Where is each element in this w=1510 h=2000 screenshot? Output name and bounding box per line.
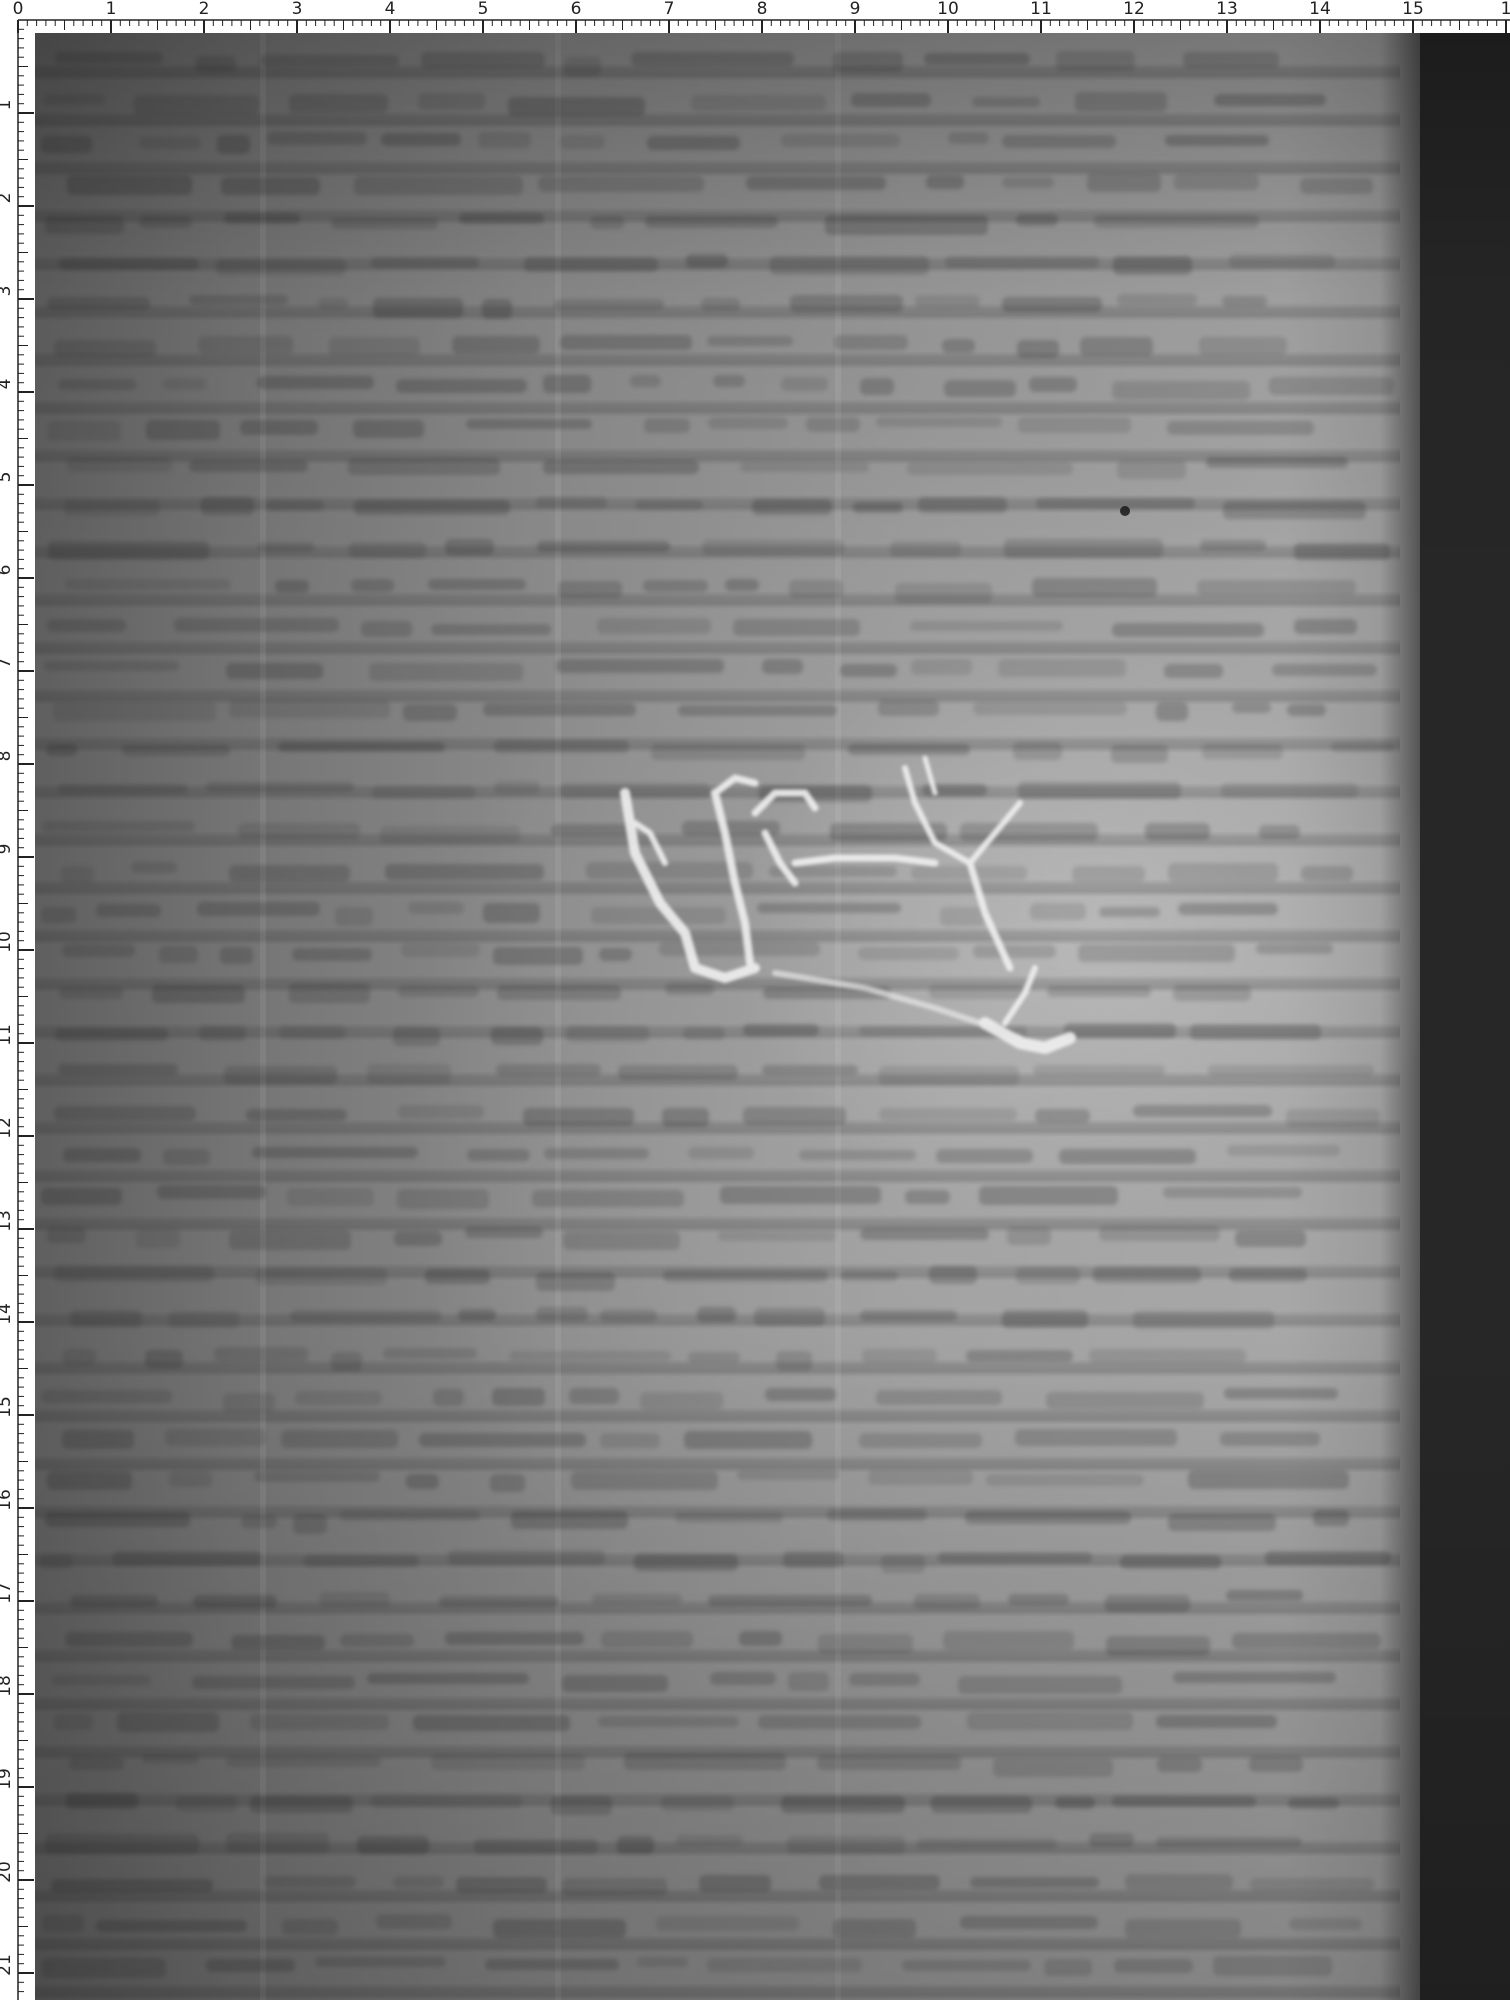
ruler-label: 1 bbox=[0, 100, 15, 111]
ruler-label: 19 bbox=[0, 1768, 15, 1790]
ruler-label: 15 bbox=[0, 1396, 15, 1418]
ruler-label: 7 bbox=[0, 658, 15, 669]
ruler-label: 1 bbox=[1501, 0, 1510, 19]
ruler-label: 2 bbox=[0, 193, 15, 204]
scan-image: 0123456789101112131415112345678910111213… bbox=[0, 0, 1510, 2000]
ruler-label: 5 bbox=[478, 0, 489, 19]
ruler-label: 9 bbox=[0, 844, 15, 855]
ruler-label: 10 bbox=[0, 931, 15, 953]
ruler-label: 20 bbox=[0, 1861, 15, 1883]
ruler-label: 1 bbox=[106, 0, 117, 19]
ruler-label: 7 bbox=[664, 0, 675, 19]
ruler-label: 9 bbox=[850, 0, 861, 19]
ruler-label: 11 bbox=[1030, 0, 1052, 19]
ruler-label: 3 bbox=[292, 0, 303, 19]
ruler-label: 12 bbox=[1123, 0, 1145, 19]
ruler-label: 6 bbox=[0, 565, 15, 576]
ruler-label: 3 bbox=[0, 286, 15, 297]
vignette bbox=[35, 33, 1510, 2000]
ruler-label: 21 bbox=[0, 1954, 15, 1976]
ruler-label: 4 bbox=[385, 0, 396, 19]
ruler-label: 12 bbox=[0, 1117, 15, 1139]
ruler-label: 10 bbox=[937, 0, 959, 19]
ruler-label: 14 bbox=[0, 1303, 15, 1325]
ruler-label: 18 bbox=[0, 1675, 15, 1697]
ruler-label: 13 bbox=[1216, 0, 1238, 19]
ruler-label: 15 bbox=[1402, 0, 1424, 19]
ruler-label: 0 bbox=[13, 0, 24, 19]
ruler-label: 4 bbox=[0, 379, 15, 390]
ruler-label: 14 bbox=[1309, 0, 1331, 19]
ruler-label: 8 bbox=[757, 0, 768, 19]
ruler-label: 13 bbox=[0, 1210, 15, 1232]
ruler-label: 5 bbox=[0, 472, 15, 483]
ruler-label: 2 bbox=[199, 0, 210, 19]
manuscript-page bbox=[35, 33, 1510, 2000]
ruler-label: 11 bbox=[0, 1024, 15, 1046]
ruler-label: 6 bbox=[571, 0, 582, 19]
ruler-label: 16 bbox=[0, 1489, 15, 1511]
ruler-label: 8 bbox=[0, 751, 15, 762]
ruler-label: 17 bbox=[0, 1582, 15, 1604]
